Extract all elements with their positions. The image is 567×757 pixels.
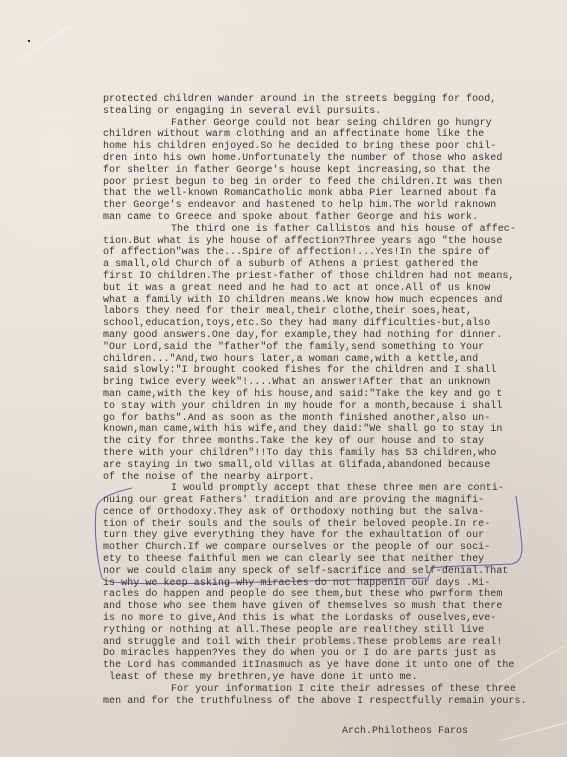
- text-line: The third one is father Callistos and hi…: [103, 224, 553, 236]
- text-line: of the noise of the nearby airport.: [103, 472, 553, 484]
- text-line: what a family with IO children means.We …: [103, 295, 553, 307]
- text-line: to stay with your children in my houde f…: [103, 401, 553, 413]
- text-line: home his children enjoyed.So he decided …: [103, 141, 553, 153]
- text-line: Do miracles happen?Yes they do when you …: [103, 648, 553, 660]
- text-line: go for baths".And as soon as the month f…: [103, 413, 553, 425]
- text-line: is no more to give,And this is what the …: [103, 613, 553, 625]
- text-line: poor priest begun to beg in order to fee…: [103, 177, 553, 189]
- text-line: ety to theese faithful men we can clearl…: [103, 554, 553, 566]
- paragraph: The third one is father Callistos and hi…: [103, 224, 553, 484]
- text-line: ther George's endeavor and hastened to h…: [103, 200, 553, 212]
- paragraph: I would promptly accept that these three…: [103, 483, 553, 684]
- text-line: racles do happen and people do see them,…: [103, 589, 553, 601]
- text-line: nuing our great Fathers' tradition and a…: [103, 495, 553, 507]
- text-line: and struggle and toil with their problem…: [103, 637, 553, 649]
- text-line: for shelter in father George's house kep…: [103, 165, 553, 177]
- paragraph: For your information I cite their adress…: [103, 684, 553, 708]
- text-line: the Lord has commanded itInasmuch as ye …: [103, 660, 553, 672]
- text-line: man came,with the key of his house,and s…: [103, 389, 553, 401]
- text-line: children without warm clothing and an af…: [103, 129, 553, 141]
- text-line: school,education,toys,etc.So they had ma…: [103, 318, 553, 330]
- paper-fold-crease: [20, 26, 70, 61]
- text-line: are staying in two small,old villas at G…: [103, 460, 553, 472]
- text-line: labors they need for their meal,their cl…: [103, 306, 553, 318]
- paragraph: protected children wander around in the …: [103, 94, 553, 118]
- text-line: there with your children"!!To day this f…: [103, 448, 553, 460]
- paragraph: Father George could not bear seing child…: [103, 118, 553, 224]
- text-line: rything or nothing at all.These people a…: [103, 625, 553, 637]
- paper-fold-crease: [500, 722, 567, 741]
- text-line: but it was a great need and he had to ac…: [103, 283, 553, 295]
- text-line: nor we could claim any speck of self-sac…: [103, 566, 553, 578]
- text-line: dren into his own home.Unfortunately the…: [103, 153, 553, 165]
- text-line: For your information I cite their adress…: [103, 684, 553, 696]
- text-line: first IO children.The priest-father of t…: [103, 271, 553, 283]
- text-line: tion of their souls and the souls of the…: [103, 519, 553, 531]
- text-line: mother Church.If we compare ourselves or…: [103, 542, 553, 554]
- ink-speck: [28, 40, 30, 42]
- text-line: "Our Lord,said the "father"of the family…: [103, 342, 553, 354]
- text-line: stealing or engaging in several evil pur…: [103, 106, 553, 118]
- text-line: the city for three months.Take the key o…: [103, 436, 553, 448]
- text-line: protected children wander around in the …: [103, 94, 553, 106]
- text-line: I would promptly accept that these three…: [103, 483, 553, 495]
- text-line: a small,old Church of a suburb of Athens…: [103, 259, 553, 271]
- text-line: many good answers.One day,for example,th…: [103, 330, 553, 342]
- text-line: and those who see them have given of the…: [103, 601, 553, 613]
- text-line: men and for the truthfulness of the abov…: [103, 696, 553, 708]
- scanned-letter-page: protected children wander around in the …: [0, 0, 567, 757]
- text-line: is why we keep asking why miracles do no…: [103, 578, 553, 590]
- text-line: tion.But what is yhe house of affection?…: [103, 236, 553, 248]
- text-line: of affection"was the...Spire of affectio…: [103, 247, 553, 259]
- text-line: least of these my brethren,ye have done …: [103, 672, 553, 684]
- text-line: that the well-known RomanCatholic monk a…: [103, 188, 553, 200]
- text-line: bring twice every week"!....What an answ…: [103, 377, 553, 389]
- text-line: turn they give everything they have for …: [103, 530, 553, 542]
- text-line: cence of Orthodoxy.They ask of Orthodoxy…: [103, 507, 553, 519]
- text-line: Father George could not bear seing child…: [103, 118, 553, 130]
- signature: Arch.Philotheos Faros: [342, 726, 468, 737]
- letter-body: protected children wander around in the …: [103, 94, 553, 707]
- text-line: man came to Greece and spoke about fathe…: [103, 212, 553, 224]
- text-line: children..."And,two hours later,a woman …: [103, 354, 553, 366]
- text-line: said slowly:"I brought cooked fishes for…: [103, 365, 553, 377]
- text-line: known,man came,with his wife,and they da…: [103, 424, 553, 436]
